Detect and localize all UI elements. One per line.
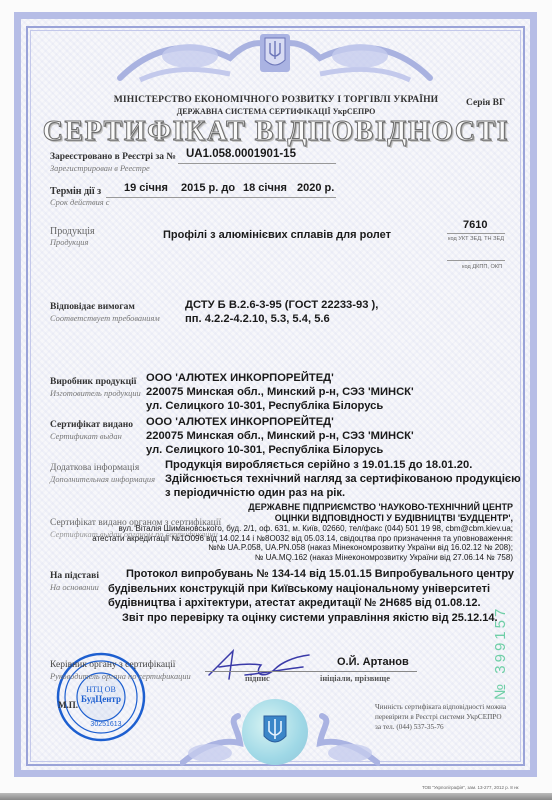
manufacturer-text: ООО 'АЛЮТЕХ ИНКОРПОРЕЙТЕД' 220075 Минска… xyxy=(146,371,414,413)
issued-to-text: ООО 'АЛЮТЕХ ИНКОРПОРЕЙТЕД' 220075 Минска… xyxy=(146,415,414,457)
certificate-title: СЕРТИФІКАТ ВІДПОВІДНОСТІ xyxy=(0,116,552,148)
head-label-ru: Руководитель органа по сертификации xyxy=(50,672,191,681)
issued-to-label-ru: Сертификат выдан xyxy=(50,432,122,441)
validity-label-ru: Срок действия с xyxy=(50,198,110,207)
validity-from-day: 19 січня xyxy=(124,182,168,194)
registered-label-ru: Зарегистрирован в Реестре xyxy=(50,164,150,173)
basis-text: Протокол випробувань № 134-14 від 15.01.… xyxy=(108,567,514,625)
svg-text:НТЦ ОВ: НТЦ ОВ xyxy=(86,685,116,694)
verification-note: Чинність сертифіката відповідності можна… xyxy=(375,702,506,732)
top-ornament-icon xyxy=(110,28,440,84)
validity-label: Термін дії з xyxy=(50,186,101,197)
svg-text:БудЦентр: БудЦентр xyxy=(81,694,121,704)
signature-caption: підпис xyxy=(245,674,270,683)
product-label-ru: Продукция xyxy=(50,238,88,247)
product-name: Профілі з алюмінієвих сплавів для ролет xyxy=(163,229,391,241)
issued-to-label: Сертифікат видано xyxy=(50,420,133,430)
basis-label-ru: На основании xyxy=(50,583,99,592)
trident-icon xyxy=(262,714,288,748)
series-label: Серія ВГ xyxy=(466,98,505,108)
validity-underline xyxy=(106,197,336,198)
additional-info-label: Додаткова інформація xyxy=(50,463,139,473)
additional-info-label-ru: Дополнительная информация xyxy=(50,475,155,484)
validity-to-day: 18 січня xyxy=(243,182,287,194)
svg-text:30251613: 30251613 xyxy=(90,721,121,728)
certification-system: ДЕРЖАВНА СИСТЕМА СЕРТИФІКАЦІЇ УкрСЕПРО xyxy=(0,107,552,116)
requirements-label: Відповідає вимогам xyxy=(50,302,135,312)
signature-line xyxy=(205,671,417,672)
additional-info-text: Продукція виробляється серійно з 19.01.1… xyxy=(165,458,521,500)
signatory-name: О.Й. Артанов xyxy=(337,656,409,668)
serial-number: № 399157 xyxy=(492,606,509,700)
dkpp-underline xyxy=(447,260,505,261)
certification-body-text: ДЕРЖАВНЕ ПІДПРИЄМСТВО 'НАУКОВО-ТЕХНІЧНИЙ… xyxy=(92,502,513,562)
name-caption: ініціали, прізвище xyxy=(320,674,390,683)
registered-label: Зареєстровано в Реєстрі за № xyxy=(50,152,176,162)
requirements-text: ДСТУ Б В.2.6-3-95 (ГОСТ 22233-93 ), пп. … xyxy=(185,298,378,326)
stamp-mark: М.П. xyxy=(58,700,78,710)
certificate-page: МІНІСТЕРСТВО ЕКОНОМІЧНОГО РОЗВИТКУ І ТОР… xyxy=(0,0,552,800)
uktzed-code: 7610 xyxy=(463,219,487,231)
manufacturer-label-ru: Изготовитель продукции xyxy=(50,389,141,398)
validity-from-year: 2015 р. до xyxy=(181,182,235,194)
validity-to-year: 2020 р. xyxy=(297,182,334,194)
registry-number: UA1.058.0001901-15 xyxy=(186,148,296,160)
uktzed-caption: код УКТ ЗЕД, ТН ЗЕД xyxy=(448,236,504,242)
printer-imprint: ТОВ "Укрполіграфія", зам. 13-277, 2012 р… xyxy=(422,785,519,790)
requirements-label-ru: Соответствует требованиям xyxy=(50,314,160,323)
basis-label: На підставі xyxy=(50,571,99,581)
registry-underline xyxy=(178,163,336,164)
product-label: Продукція xyxy=(50,226,95,237)
manufacturer-label: Виробник продукції xyxy=(50,377,136,387)
uktzed-underline xyxy=(447,233,505,234)
dkpp-caption: код ДКПП, ОКП xyxy=(462,264,502,270)
page-edge-shadow xyxy=(0,793,552,800)
head-label: Керівник органу з сертифікації xyxy=(50,660,175,670)
